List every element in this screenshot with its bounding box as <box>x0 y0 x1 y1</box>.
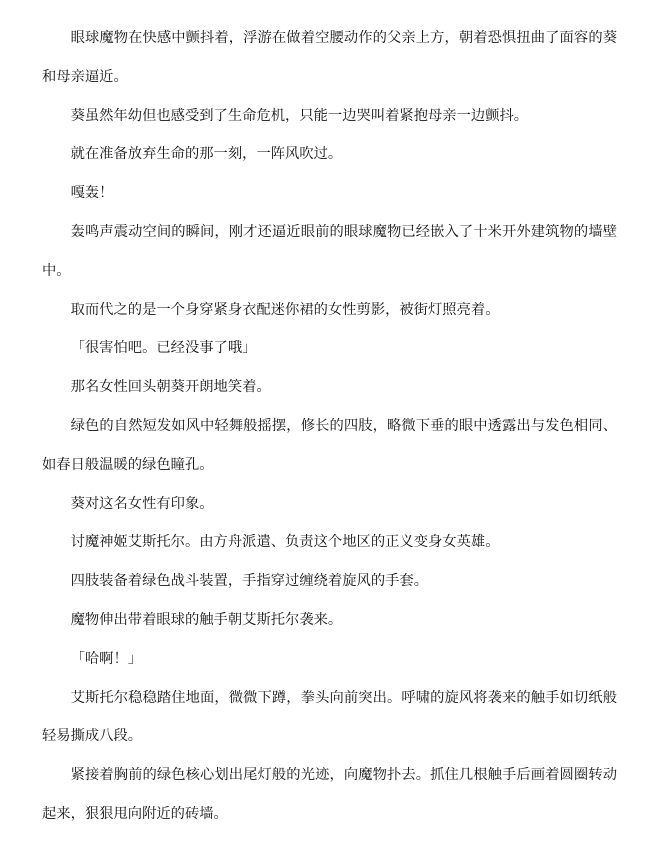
paragraph: 轰鸣声震动空间的瞬间，刚才还逼近眼前的眼球魔物已经嵌入了十米开外建筑物的墙壁中。 <box>42 213 617 291</box>
paragraph: 魔物伸出带着眼球的触手朝艾斯托尔袭来。 <box>42 601 617 640</box>
paragraph: 嘎轰！ <box>42 174 617 213</box>
dialogue-paragraph: 「哈啊！」 <box>42 640 617 679</box>
paragraph: 就在准备放弃生命的那一刻，一阵风吹过。 <box>42 135 617 174</box>
novel-reader-page: 眼球魔物在快感中颤抖着，浮游在做着空腰动作的父亲上方，朝着恐惧扭曲了面容的葵和母… <box>0 0 650 850</box>
paragraph: 那名女性回头朝葵开朗地笑着。 <box>42 368 617 407</box>
paragraph: 四肢装备着绿色战斗装置，手指穿过缠绕着旋风的手套。 <box>42 562 617 601</box>
paragraph: 讨魔神姬艾斯托尔。由方舟派遣、负责这个地区的正义变身女英雄。 <box>42 523 617 562</box>
paragraph: 葵虽然年幼但也感受到了生命危机，只能一边哭叫着紧抱母亲一边颤抖。 <box>42 97 617 136</box>
paragraph: 眼球魔物在快感中颤抖着，浮游在做着空腰动作的父亲上方，朝着恐惧扭曲了面容的葵和母… <box>42 19 617 97</box>
paragraph: 葵对这名女性有印象。 <box>42 485 617 524</box>
paragraph: 取而代之的是一个身穿紧身衣配迷你裙的女性剪影，被街灯照亮着。 <box>42 291 617 330</box>
paragraph: 绿色的自然短发如风中轻舞般摇摆，修长的四肢，略微下垂的眼中透露出与发色相同、如春… <box>42 407 617 485</box>
paragraph: 艾斯托尔稳稳踏住地面，微微下蹲，拳头向前突出。呼啸的旋风将袭来的触手如切纸般轻易… <box>42 679 617 757</box>
dialogue-paragraph: 「很害怕吧。已经没事了哦」 <box>42 329 617 368</box>
paragraph: 紧接着胸前的绿色核心划出尾灯般的光迹，向魔物扑去。抓住几根触手后画着圆圈转动起来… <box>42 756 617 834</box>
